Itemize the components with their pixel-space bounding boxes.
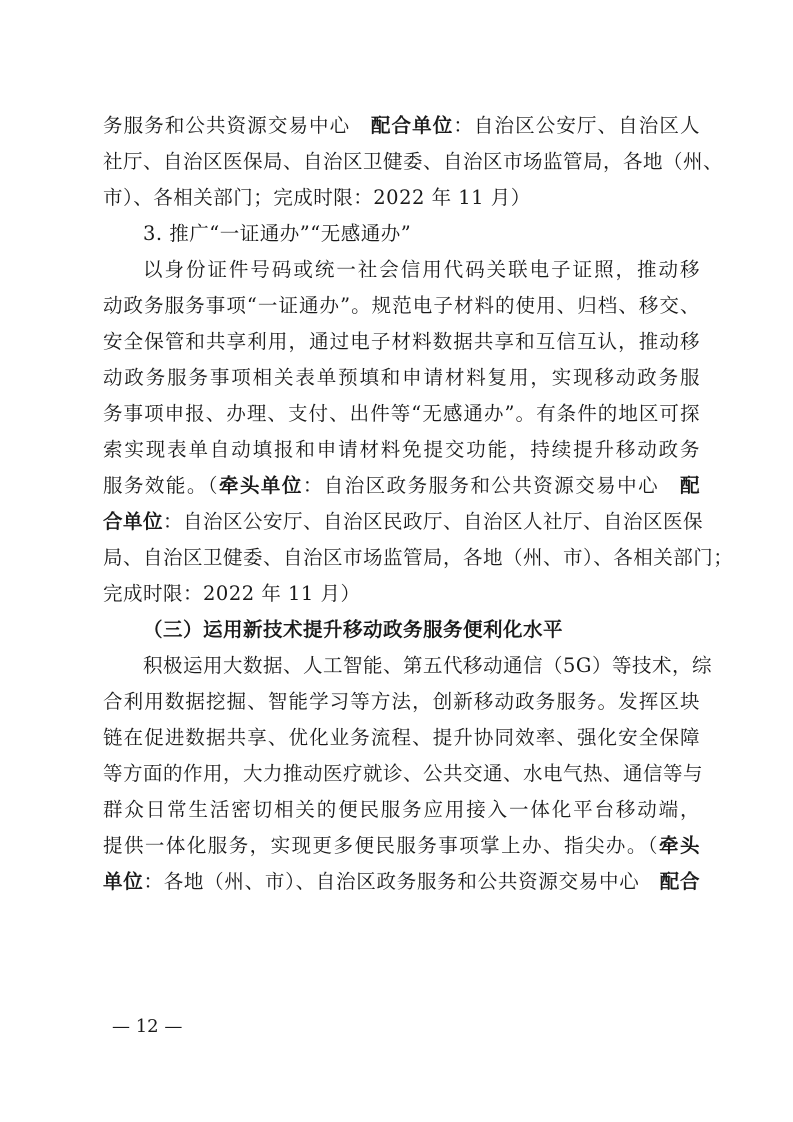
text-segment: 合利用数据挖掘、智能学习等方法，创新移动政务服务。发挥区块	[103, 690, 700, 713]
text-line: 合利用数据挖掘、智能学习等方法，创新移动政务服务。发挥区块	[103, 686, 700, 718]
text-segment: 索实现表单自动填报和申请材料免提交功能，持续提升移动政务	[103, 438, 700, 461]
text-line: 链在促进数据共享、优化业务流程、提升协同效率、强化安全保障	[103, 722, 700, 754]
bold-label: 配合	[660, 870, 700, 893]
text-segment: 链在促进数据共享、优化业务流程、提升协同效率、强化安全保障	[103, 726, 700, 749]
text-line: 索实现表单自动填报和申请材料免提交功能，持续提升移动政务	[103, 434, 700, 466]
text-segment: 完成时限：2022 年 11 月）	[103, 582, 361, 605]
text-segment: 安全保管和共享利用，通过电子材料数据共享和互信互认，推动移	[103, 330, 700, 353]
text-line: 合单位：自治区公安厅、自治区民政厅、自治区人社厅、自治区医保	[103, 506, 700, 538]
text-line: 务事项申报、办理、支付、出件等“无感通办”。有条件的地区可探	[103, 398, 700, 430]
text-line: 积极运用大数据、人工智能、第五代移动通信（5G）等技术，综	[143, 650, 700, 682]
bold-label: 牵头单位	[219, 474, 303, 497]
text-segment: ：自治区政务服务和公共资源交易中心	[303, 474, 680, 497]
bold-label: 配	[680, 474, 700, 497]
text-segment: 动政务服务事项“一证通办”。规范电子材料的使用、归档、移交、	[103, 294, 700, 317]
text-line: 动政务服务事项相关表单预填和申请材料复用，实现移动政务服	[103, 362, 700, 394]
text-line: 社厅、自治区医保局、自治区卫健委、自治区市场监管局，各地（州、	[103, 146, 700, 178]
text-line: 动政务服务事项“一证通办”。规范电子材料的使用、归档、移交、	[103, 290, 700, 322]
text-segment: 社厅、自治区医保局、自治区卫健委、自治区市场监管局，各地（州、	[103, 150, 723, 173]
text-segment: 以身份证件号码或统一社会信用代码关联电子证照，推动移	[143, 258, 700, 281]
text-segment: 等方面的作用，大力推动医疗就诊、公共交通、水电气热、通信等与	[103, 762, 703, 785]
text-segment: ：各地（州、市）、自治区政务服务和公共资源交易中心	[143, 870, 659, 893]
text-segment: ：自治区公安厅、自治区人	[453, 114, 700, 137]
text-line: 等方面的作用，大力推动医疗就诊、公共交通、水电气热、通信等与	[103, 758, 700, 790]
bold-label: 单位	[103, 870, 143, 893]
text-line: 群众日常生活密切相关的便民服务应用接入一体化平台移动端，	[103, 794, 700, 826]
bold-label: （三）运用新技术提升移动政务服务便利化水平	[143, 618, 563, 641]
text-segment: 提供一体化服务，实现更多便民服务事项掌上办、指尖办。（	[103, 834, 659, 857]
text-line: 服务效能。（牵头单位：自治区政务服务和公共资源交易中心 配	[103, 470, 700, 502]
text-segment: 积极运用大数据、人工智能、第五代移动通信（5G）等技术，综	[143, 654, 712, 677]
text-line: 3. 推广“一证通办”“无感通办”	[143, 218, 700, 250]
text-segment: 市）、各相关部门；完成时限：2022 年 11 月）	[103, 186, 531, 209]
text-segment: 3. 推广“一证通办”“无感通办”	[143, 222, 411, 245]
text-line: 提供一体化服务，实现更多便民服务事项掌上办、指尖办。（牵头	[103, 830, 700, 862]
text-segment: 群众日常生活密切相关的便民服务应用接入一体化平台移动端，	[103, 798, 700, 821]
text-line: 局、自治区卫健委、自治区市场监管局，各地（州、市）、各相关部门；	[103, 542, 700, 574]
text-segment: ：自治区公安厅、自治区民政厅、自治区人社厅、自治区医保	[163, 510, 703, 533]
page-number: — 12 —	[112, 1015, 182, 1039]
bold-label: 配合单位	[371, 114, 453, 137]
text-line: 市）、各相关部门；完成时限：2022 年 11 月）	[103, 182, 700, 214]
text-segment: 动政务服务事项相关表单预填和申请材料复用，实现移动政务服	[103, 366, 700, 389]
text-segment: 局、自治区卫健委、自治区市场监管局，各地（州、市）、各相关部门；	[103, 546, 733, 569]
text-line: （三）运用新技术提升移动政务服务便利化水平	[143, 614, 700, 646]
text-line: 以身份证件号码或统一社会信用代码关联电子证照，推动移	[143, 254, 700, 286]
bold-label: 合单位	[103, 510, 163, 533]
text-segment: 务服务和公共资源交易中心	[103, 114, 371, 137]
text-line: 安全保管和共享利用，通过电子材料数据共享和互信互认，推动移	[103, 326, 700, 358]
text-line: 务服务和公共资源交易中心 配合单位：自治区公安厅、自治区人	[103, 110, 700, 142]
text-segment: 务事项申报、办理、支付、出件等“无感通办”。有条件的地区可探	[103, 402, 700, 425]
text-segment: 服务效能。（	[103, 474, 219, 497]
text-line: 单位：各地（州、市）、自治区政务服务和公共资源交易中心 配合	[103, 866, 700, 898]
text-line: 完成时限：2022 年 11 月）	[103, 578, 700, 610]
bold-label: 牵头	[659, 834, 700, 857]
